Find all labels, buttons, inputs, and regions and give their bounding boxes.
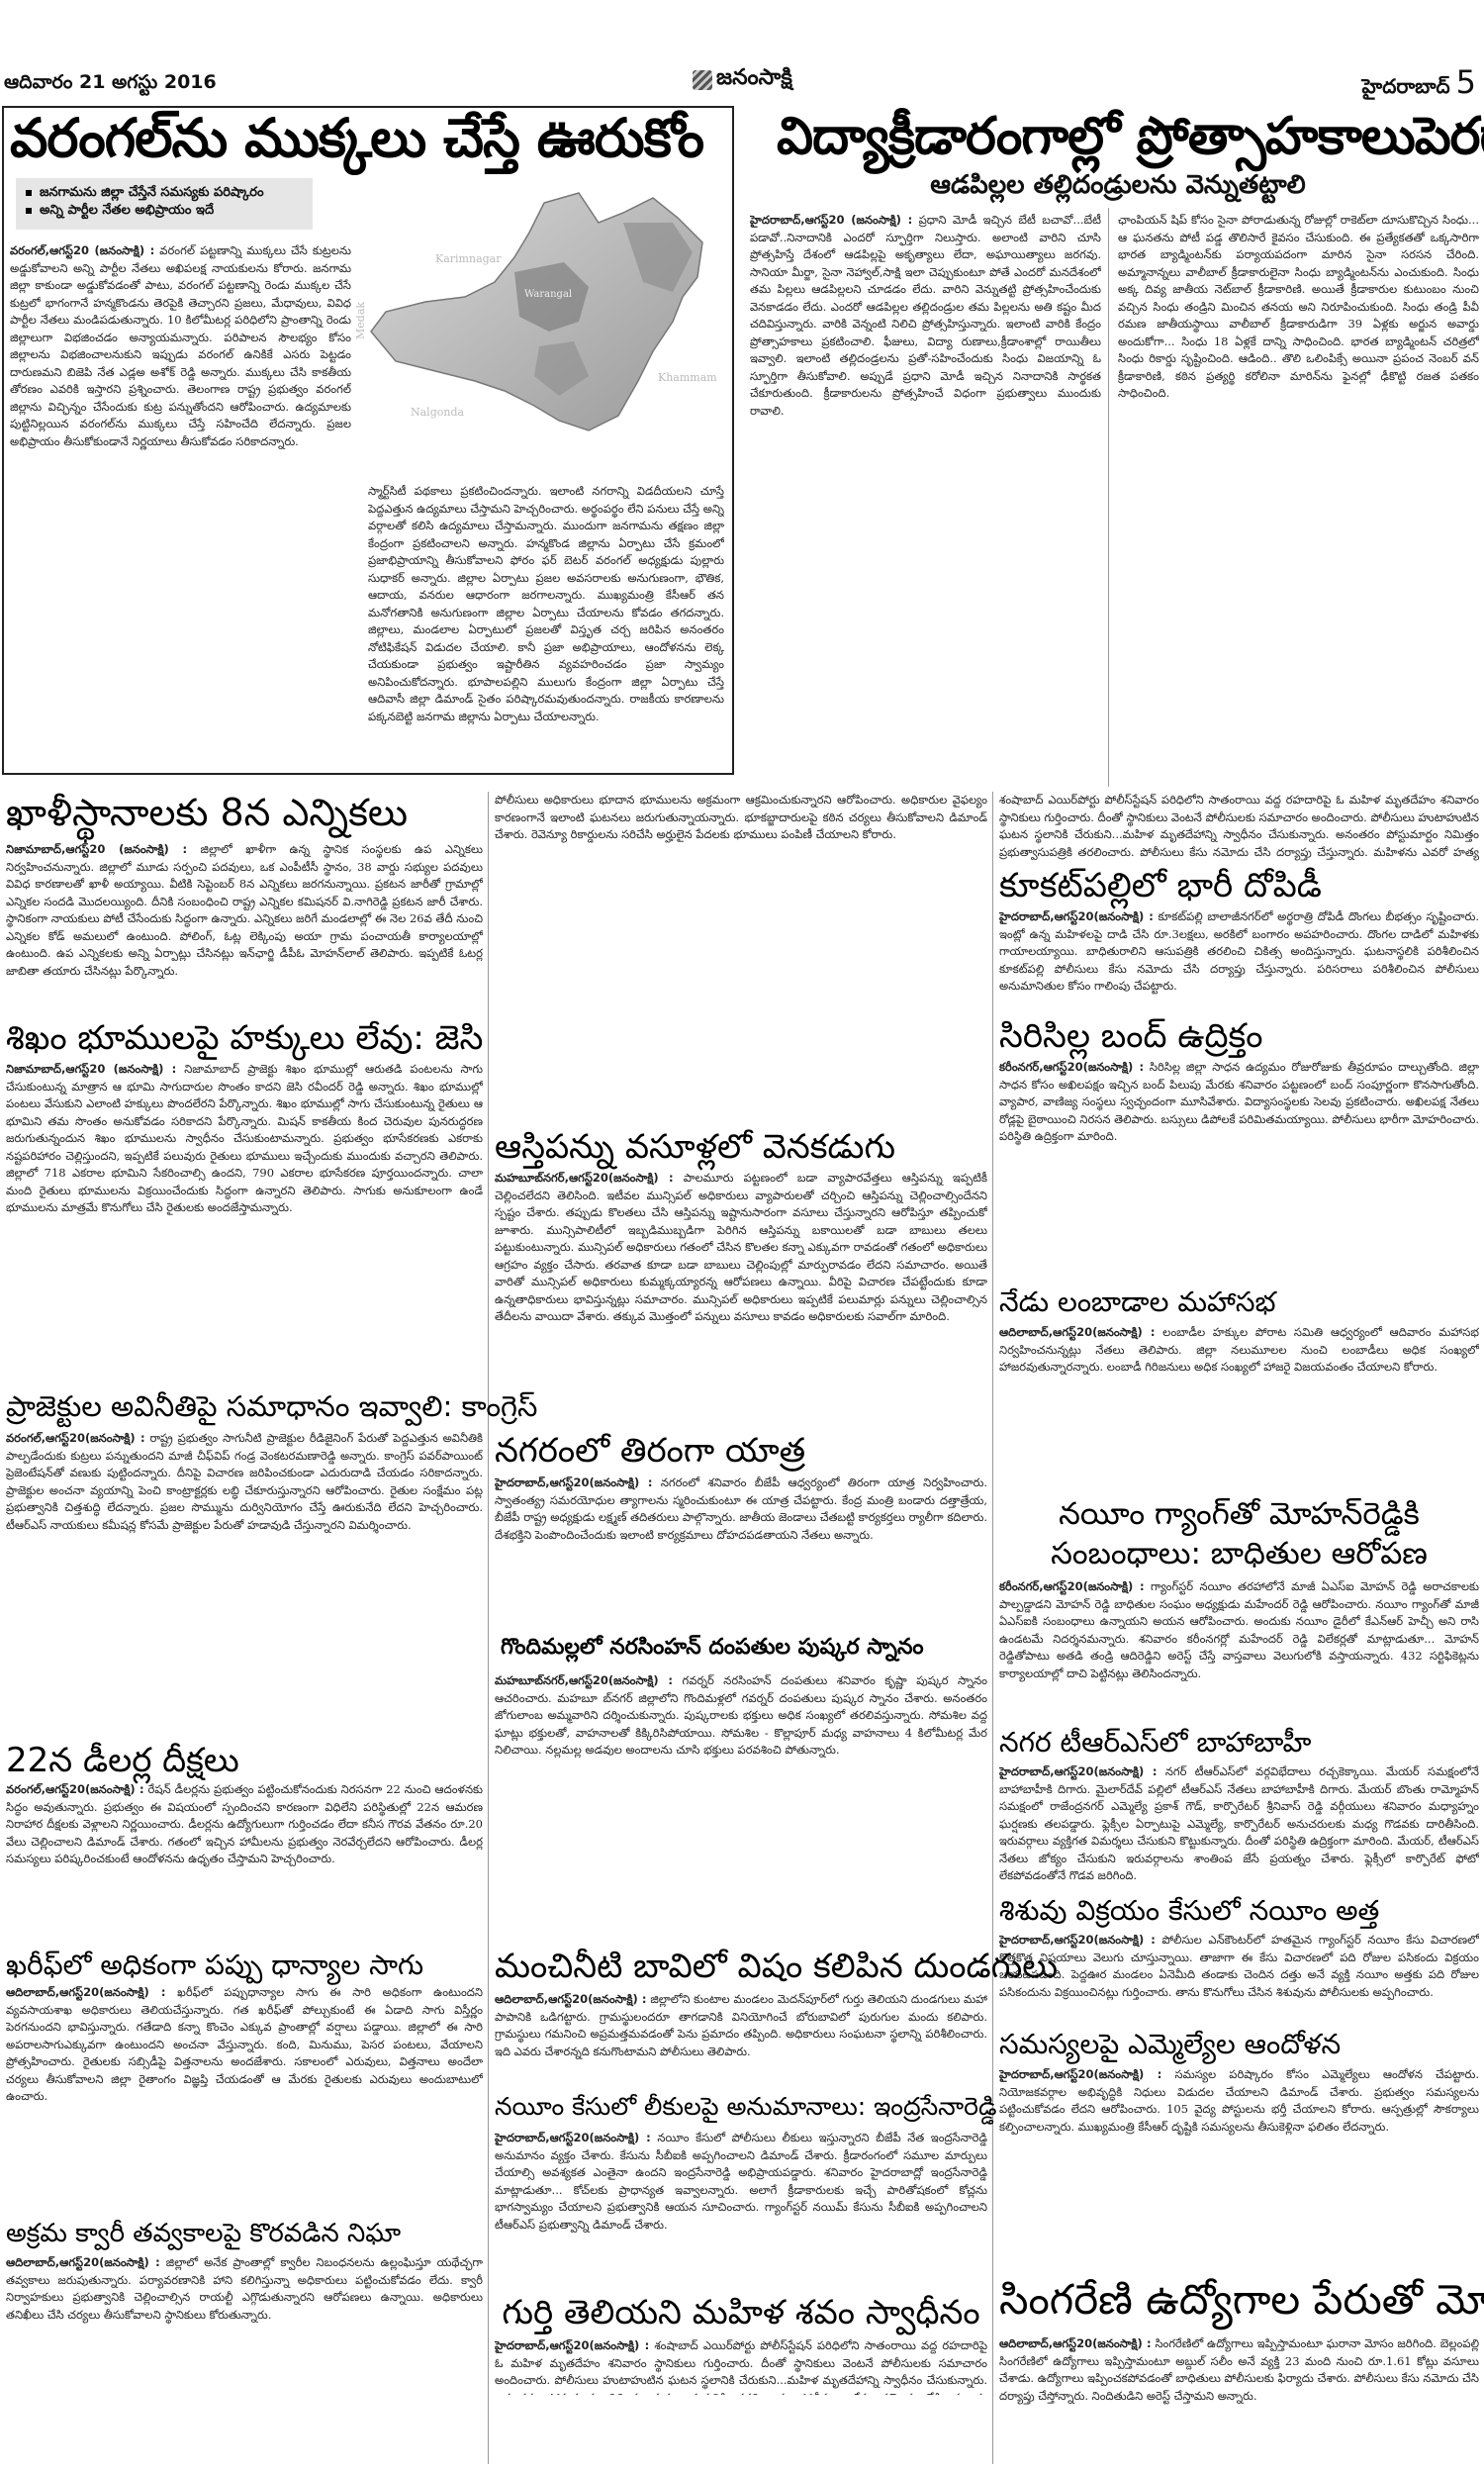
headline-nayeem-leaks: నయీం కేసులో లీకులపై అనుమానాలు: ఇంద్రసేనా… (495, 2093, 997, 2122)
warangal-district-map: Karimnagar Nalgonda Khammam Medak Warang… (356, 183, 732, 450)
sports-body-col1: హైదరాబాద్,ఆగస్ట్20 (జనంసాక్షి) : ప్రధాని… (750, 212, 1101, 786)
headline-governor-pushkar: గొందిమల్లలో నరసింహన్ దంపతుల పుష్కర స్నాన… (501, 1635, 924, 1660)
headline-singareni-fraud: సింగరేణి ఉద్యోగాల పేరుతో మోసం (999, 2276, 1484, 2324)
headline-mohan-reddy: నయీం గ్యాంగ్‌తో మోహన్‌రెడ్డికి సంబంధాలు:… (999, 1494, 1479, 1574)
city-edition: హైదరాబాద్ (1362, 74, 1450, 98)
svg-text:Medak: Medak (356, 302, 367, 339)
lead-body-col1: వరంగల్,ఆగస్ట్20 (జనంసాక్షి) : వరంగల్ పట్… (10, 242, 351, 767)
article-elections: నిజామాబాద్,ఆగస్ట్20 (జనంసాక్షి) : జిల్లా… (6, 841, 483, 1019)
logo-icon (693, 70, 712, 90)
sports-body-col2: ఛాంపియన్ షిప్ కోసం సైనా పోరాడుతున్న రోజు… (1118, 212, 1479, 786)
bullet-item: జనగామను జిల్లా చేస్తేనే సమస్యకు పరిష్కార… (26, 184, 303, 202)
headline-tribal-lands: శిఖం భూములపై హక్కులు లేవు: జెసి (6, 1019, 483, 1058)
headline-mlas-protest: సమస్యలపై ఎమ్మెల్యేల ఆందోళన (999, 2029, 1341, 2060)
article-property-tax: మహబూబ్‌నగర్,ఆగస్ట్20(జనంసాక్షి) : పాలమూర… (495, 1170, 987, 1427)
article-singareni-fraud: ఆదిలాబాద్,ఆగస్ట్20(జనంసాక్షి) : సింగరేణి… (999, 2335, 1479, 2415)
article-land-issue: పోలీసులు అధికారులు భూదాన భూములను అక్రమంగ… (495, 792, 987, 1128)
headline-property-tax: ఆస్తిపన్ను వసూళ్లలో వెనకడుగు (495, 1128, 895, 1167)
headline-dealers-protest: 22న డీలర్ల దీక్షలు (6, 1742, 239, 1780)
headline-tiranga-yatra: నగరంలో తిరంగా యాత్ర (495, 1432, 805, 1471)
article-nayeem-leaks: హైదరాబాద్,ఆగస్ట్20(జనంసాక్షి) : నయీం కేస… (495, 2130, 987, 2288)
sports-headline: విద్యాక్రీడారంగాల్లో ప్రోత్సాహకాలుపెరగాల… (777, 109, 1484, 165)
page-number: 5 (1456, 63, 1476, 101)
article-unidentified-body-cont: శంషాబాద్ ఎయిర్‌పోర్టు పోలీస్‌స్టేషన్ పరి… (999, 792, 1479, 861)
article-trs-clash: హైదరాబాద్,ఆగస్ట్20(జనంసాక్షి) : నగర్ టీఆ… (999, 1763, 1479, 1892)
article-governor-pushkar: మహబూబ్‌నగర్,ఆగస్ట్20(జనంసాక్షి) : గవర్నర… (495, 1672, 987, 1940)
headline-kharif-crops: ఖరీఫ్‌లో అధికంగా పప్పు ధాన్యాల సాగు (6, 1950, 423, 1981)
svg-text:Warangal: Warangal (524, 289, 572, 300)
article-mlas-protest: హైదరాబాద్,ఆగస్ట్20(జనంసాక్షి) : సమస్యల ప… (999, 2066, 1479, 2264)
article-lambada-meeting: ఆదిలాబాద్,ఆగస్ట్20(జనంసాక్షి) : లంబాడీల … (999, 1324, 1479, 1482)
article-quarry: ఆదిలాబాద్,ఆగస్ట్20(జనంసాక్షి) : జిల్లాలో… (6, 2254, 483, 2462)
column-divider (992, 792, 993, 2464)
article-mohan-reddy: కరీంనగర్,ఆగస్ట్20(జనంసాక్షి) : గ్యాంగ్‌స… (999, 1578, 1479, 1722)
headline-lambada-meeting: నేడు లంబాడాల మహాసభ (999, 1286, 1276, 1318)
headline-trs-clash: నగర టీఆర్ఎస్‌లో బాహాబాహీ (999, 1727, 1311, 1759)
lead-bullets: జనగామను జిల్లా చేస్తేనే సమస్యకు పరిష్కార… (16, 178, 313, 230)
article-child-sale: హైదరాబాద్,ఆగస్ట్20(జనంసాక్షి) : పోలీసుల … (999, 1932, 1479, 2026)
bullet-icon (26, 190, 32, 196)
column-divider (488, 792, 489, 2464)
article-projects-corruption: వరంగల్,ఆగస్ట్20(జనంసాక్షి) : రాష్ట్ర ప్ర… (6, 1430, 483, 1737)
issue-date: ఆదివారం 21 అగస్టు 2016 (4, 71, 217, 98)
headline-child-sale: శిశువు విక్రయం కేసులో నయీం అత్త (999, 1895, 1379, 1927)
headline-quarry: అక్రమ క్వారీ తవ్వకాలపై కొరవడిన నిఘా (6, 2220, 401, 2249)
sports-subheadline: ఆడపిల్లల తల్లిదండ్రులను వెన్నుతట్టాలి (752, 170, 1484, 206)
svg-text:Khammam: Khammam (658, 371, 717, 384)
svg-text:Karimnagar: Karimnagar (435, 252, 502, 265)
newspaper-logo: జనంసాక్షి (693, 65, 792, 95)
article-well-poison: ఆదిలాబాద్,ఆగస్ట్20(జనంసాక్షి) : జిల్లాలో… (495, 1991, 987, 2090)
page-label: హైదరాబాద్5 (1362, 63, 1476, 103)
newspaper-name: జనంసాక్షి (716, 65, 792, 95)
bullet-item: అన్ని పార్టీల నేతల అభిప్రాయం ఇదే (26, 202, 303, 220)
svg-text:Nalgonda: Nalgonda (411, 406, 464, 419)
lead-headline: వరంగల్‌ను ముక్కలు చేస్తే ఊరుకోం (10, 109, 703, 167)
article-tiranga-yatra: హైదరాబాద్,ఆగస్ట్20(జనంసాక్షి) : నగరంలో శ… (495, 1475, 987, 1623)
headline-kukatpally-robbery: కూకట్‌పల్లిలో భారీ దోపిడీ (999, 867, 1322, 905)
headline-sircilla-bandh: సిరిసిల్ల బంద్ ఉద్రిక్తం (999, 1017, 1262, 1056)
article-unidentified-body: హైదరాబాద్,ఆగస్ట్20(జనంసాక్షి) : శంషాబాద్… (495, 2337, 987, 2395)
lead-body-col2: స్మార్ట్‌సిటీ పథకాలు ప్రకటించిందన్నారు. … (368, 483, 724, 768)
headline-unidentified-body: గుర్తి తెలియని మహిళ శవం స్వాధీనం (495, 2294, 987, 2332)
article-tribal-lands: నిజామాబాద్,ఆగస్ట్20 (జనంసాక్షి) : నిజామా… (6, 1061, 483, 1387)
headline-elections: ఖాళీస్థానాలకు 8న ఎన్నికలు (6, 792, 408, 835)
headline-well-poison: మంచినీటి బావిలో విషం కలిపిన దుండగులు (495, 1948, 987, 1986)
article-dealers-protest: వరంగల్,ఆగస్ట్20(జనంసాక్షి) : రేషన్ డీలర్… (6, 1781, 483, 1945)
bullet-icon (26, 208, 32, 214)
article-kharif-crops: ఆదిలాబాద్,ఆగస్ట్20(జనంసాక్షి) : ఖరీఫ్‌లో… (6, 1984, 483, 2217)
headline-projects-corruption: ప్రాజెక్టుల అవినీతిపై సమాధానం ఇవ్వాలి: క… (6, 1390, 537, 1423)
article-sircilla-bandh: కరీంనగర్,ఆగస్ట్20(జనంసాక్షి) : సిరిసిల్ల… (999, 1059, 1479, 1285)
article-kukatpally-robbery: హైదరాబాద్,ఆగస్ట్20(జనంసాక్షి) : కూకట్‌పల… (999, 908, 1479, 1012)
column-divider (1108, 208, 1109, 787)
